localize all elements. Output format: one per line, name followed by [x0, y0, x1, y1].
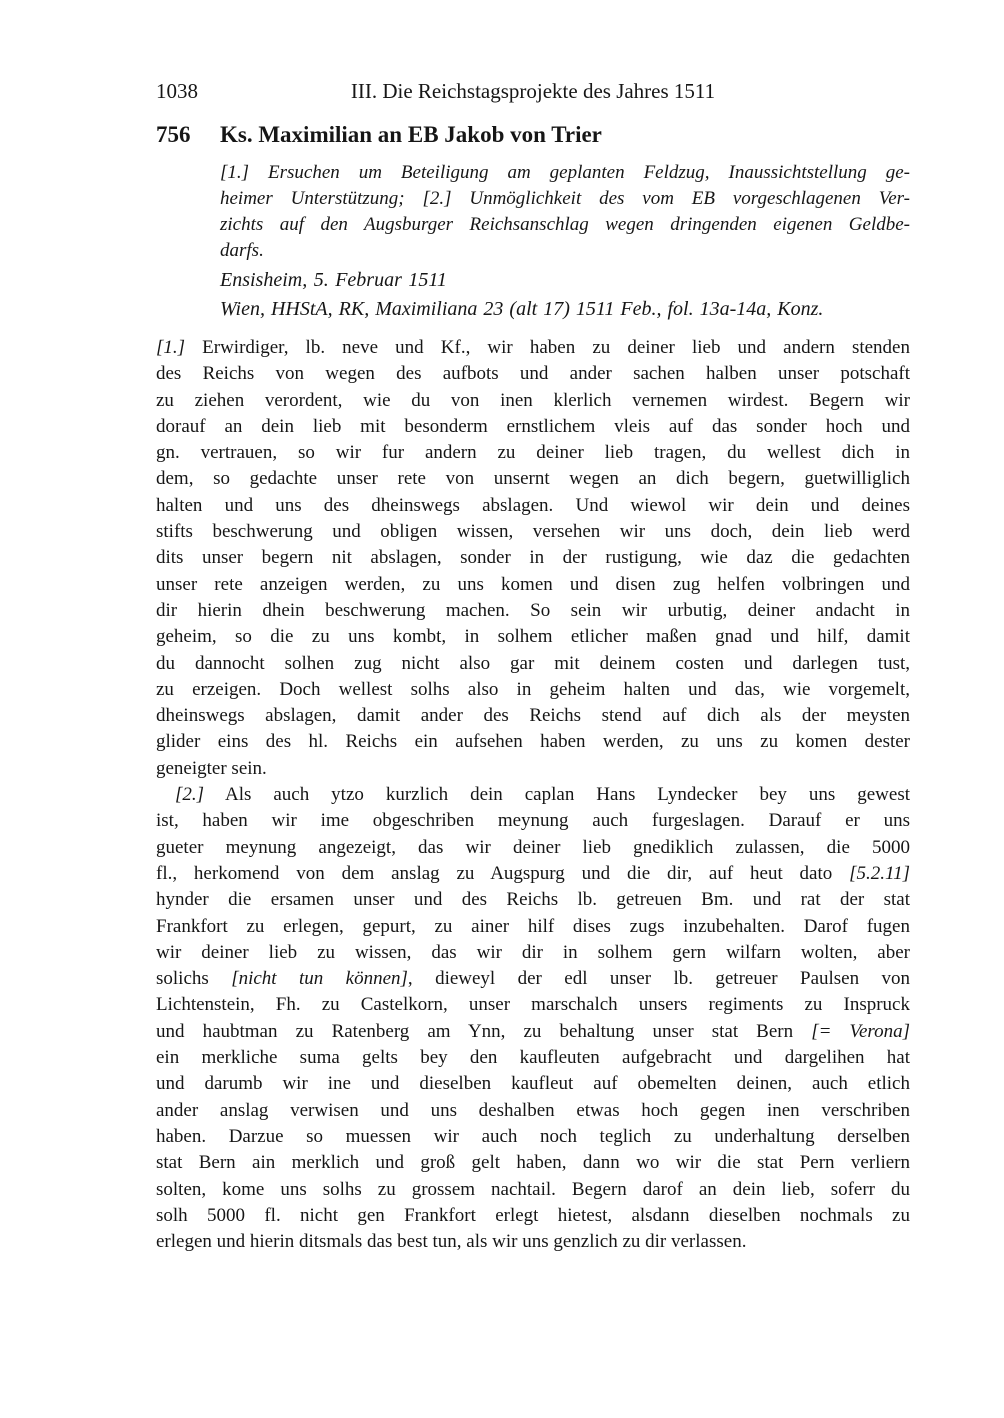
text-line: halten und uns des dheinswegs abslagen. … [156, 493, 910, 519]
text-line: stifts beschwerung und obligen wissen, v… [156, 519, 910, 545]
chapter-title: III. Die Reichstagsprojekte des Jahres 1… [156, 79, 910, 103]
running-header: 1038 III. Die Reichstagsprojekte des Jah… [156, 79, 910, 103]
text-line: dits unser begern nit abslagen, sonder i… [156, 545, 910, 571]
text-line: des Reichs von wegen des aufbots und and… [156, 361, 910, 387]
text-line: hynder die ersamen unser und des Reichs … [156, 887, 910, 913]
text-line: fl., herkomend von dem anslag zu Augspur… [156, 861, 910, 887]
archive-reference: Wien, HHStA, RK, Maximiliana 23 (alt 17)… [220, 296, 910, 322]
text-line: zu ziehen verordent, wie du von inen kle… [156, 388, 910, 414]
text-line: und darumb wir ine und dieselben kaufleu… [156, 1071, 910, 1097]
document-heading: 756Ks. Maximilian an EB Jakob von Trier [156, 121, 910, 148]
text-line: zu erzeigen. Doch wellest solhs also in … [156, 677, 910, 703]
text-line: solten, kome uns solhs zu grossem nachta… [156, 1177, 910, 1203]
text-line: wir deiner lieb zu wissen, das wir dir i… [156, 940, 910, 966]
text-line: stat Bern ain merklich und groß gelt hab… [156, 1150, 910, 1176]
body-text: [1.] Erwirdiger, lb. neve und Kf., wir h… [156, 335, 910, 1255]
text-line: und haubtman zu Ratenberg am Ynn, zu beh… [156, 1019, 910, 1045]
text-line: ein merkliche suma gelts bey den kaufleu… [156, 1045, 910, 1071]
text-line: geneigter sein. [156, 756, 910, 782]
text-line: [1.] Ersuchen um Beteiligung am geplante… [220, 160, 910, 186]
text-line: dheinswegs abslagen, damit ander des Rei… [156, 703, 910, 729]
dateline: Ensisheim, 5. Februar 1511 [220, 267, 910, 293]
text-line: dorauf an dein lieb mit besonderm ernstl… [156, 414, 910, 440]
text-line: du dannocht solhen zug nicht also gar mi… [156, 651, 910, 677]
text-line: ist, haben wir ime obgeschriben meynung … [156, 808, 910, 834]
text-line: erlegen und hierin ditsmals das best tun… [156, 1229, 910, 1255]
text-line: heimer Unterstützung; [2.] Unmöglichkeit… [220, 186, 910, 212]
book-page: 1038 III. Die Reichstagsprojekte des Jah… [0, 0, 1004, 1418]
text-line: unser rete anzeigen werden, zu uns komen… [156, 572, 910, 598]
text-line: Lichtenstein, Fh. zu Castelkorn, unser m… [156, 992, 910, 1018]
page-number: 1038 [156, 79, 198, 103]
text-line: dir hierin dhein beschwerung machen. So … [156, 598, 910, 624]
text-line: darfs. [220, 238, 910, 264]
text-line: haben. Darzue so muessen wir auch noch t… [156, 1124, 910, 1150]
text-line: glider eins des hl. Reichs ein aufsehen … [156, 729, 910, 755]
text-line: solichs [nicht tun können], dieweyl der … [156, 966, 910, 992]
text-line: [1.] Erwirdiger, lb. neve und Kf., wir h… [156, 335, 910, 361]
text-line: zichts auf den Augsburger Reichsanschlag… [220, 212, 910, 238]
text-line: dem, so gedachte unser rete von unsernt … [156, 466, 910, 492]
text-line: geheim, so die zu uns kombt, in solhem e… [156, 624, 910, 650]
text-line: gn. vertrauen, so wir fur andern zu dein… [156, 440, 910, 466]
text-line: ander anslag verwisen und uns deshalben … [156, 1098, 910, 1124]
document-title: Ks. Maximilian an EB Jakob von Trier [220, 122, 602, 147]
text-line: Frankfort zu erlegen, gepurt, zu ainer h… [156, 914, 910, 940]
document-number: 756 [156, 121, 220, 148]
text-line: gueter meynung angezeigt, das wir deiner… [156, 835, 910, 861]
summary: [1.] Ersuchen um Beteiligung am geplante… [220, 160, 910, 264]
text-line: [2.] Als auch ytzo kurzlich dein caplan … [156, 782, 910, 808]
text-line: solh 5000 fl. nicht gen Frankfort erlegt… [156, 1203, 910, 1229]
